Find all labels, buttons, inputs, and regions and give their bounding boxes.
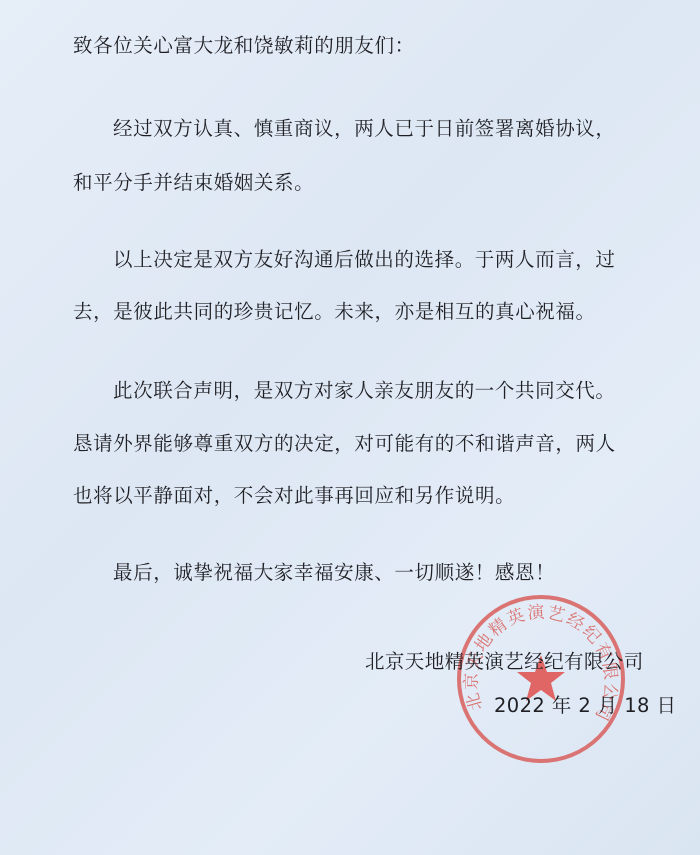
- paragraph-line: 和平分手并结束婚姻关系。: [73, 173, 314, 193]
- company-name: 北京天地精英演艺经纪有限公司: [365, 652, 644, 672]
- paragraph-line: 经过双方认真、慎重商议，两人已于日前签署离婚协议，: [113, 119, 616, 139]
- paragraph-line: 此次联合声明，是双方对家人亲友朋友的一个共同交代。: [113, 381, 616, 401]
- paragraph-line: 以上决定是双方友好沟通后做出的选择。于两人而言，过: [113, 250, 616, 270]
- company-seal-icon: 北京天地精英演艺经纪有限公司: [455, 593, 627, 765]
- signing-date: 2022 年 2 月 18 日: [494, 696, 676, 716]
- closing-line: 最后，诚挚祝福大家幸福安康、一切顺遂！感恩！: [113, 563, 555, 583]
- statement-document: 致各位关心富大龙和饶敏莉的朋友们： 经过双方认真、慎重商议，两人已于日前签署离婚…: [0, 0, 700, 855]
- paragraph-line: 去，是彼此共同的珍贵记忆。未来，亦是相互的真心祝福。: [73, 302, 596, 322]
- paragraph-line: 也将以平静面对，不会对此事再回应和另作说明。: [73, 486, 515, 506]
- paragraph-line: 恳请外界能够尊重双方的决定，对可能有的不和谐声音，两人: [73, 434, 616, 454]
- salutation: 致各位关心富大龙和饶敏莉的朋友们：: [73, 36, 415, 56]
